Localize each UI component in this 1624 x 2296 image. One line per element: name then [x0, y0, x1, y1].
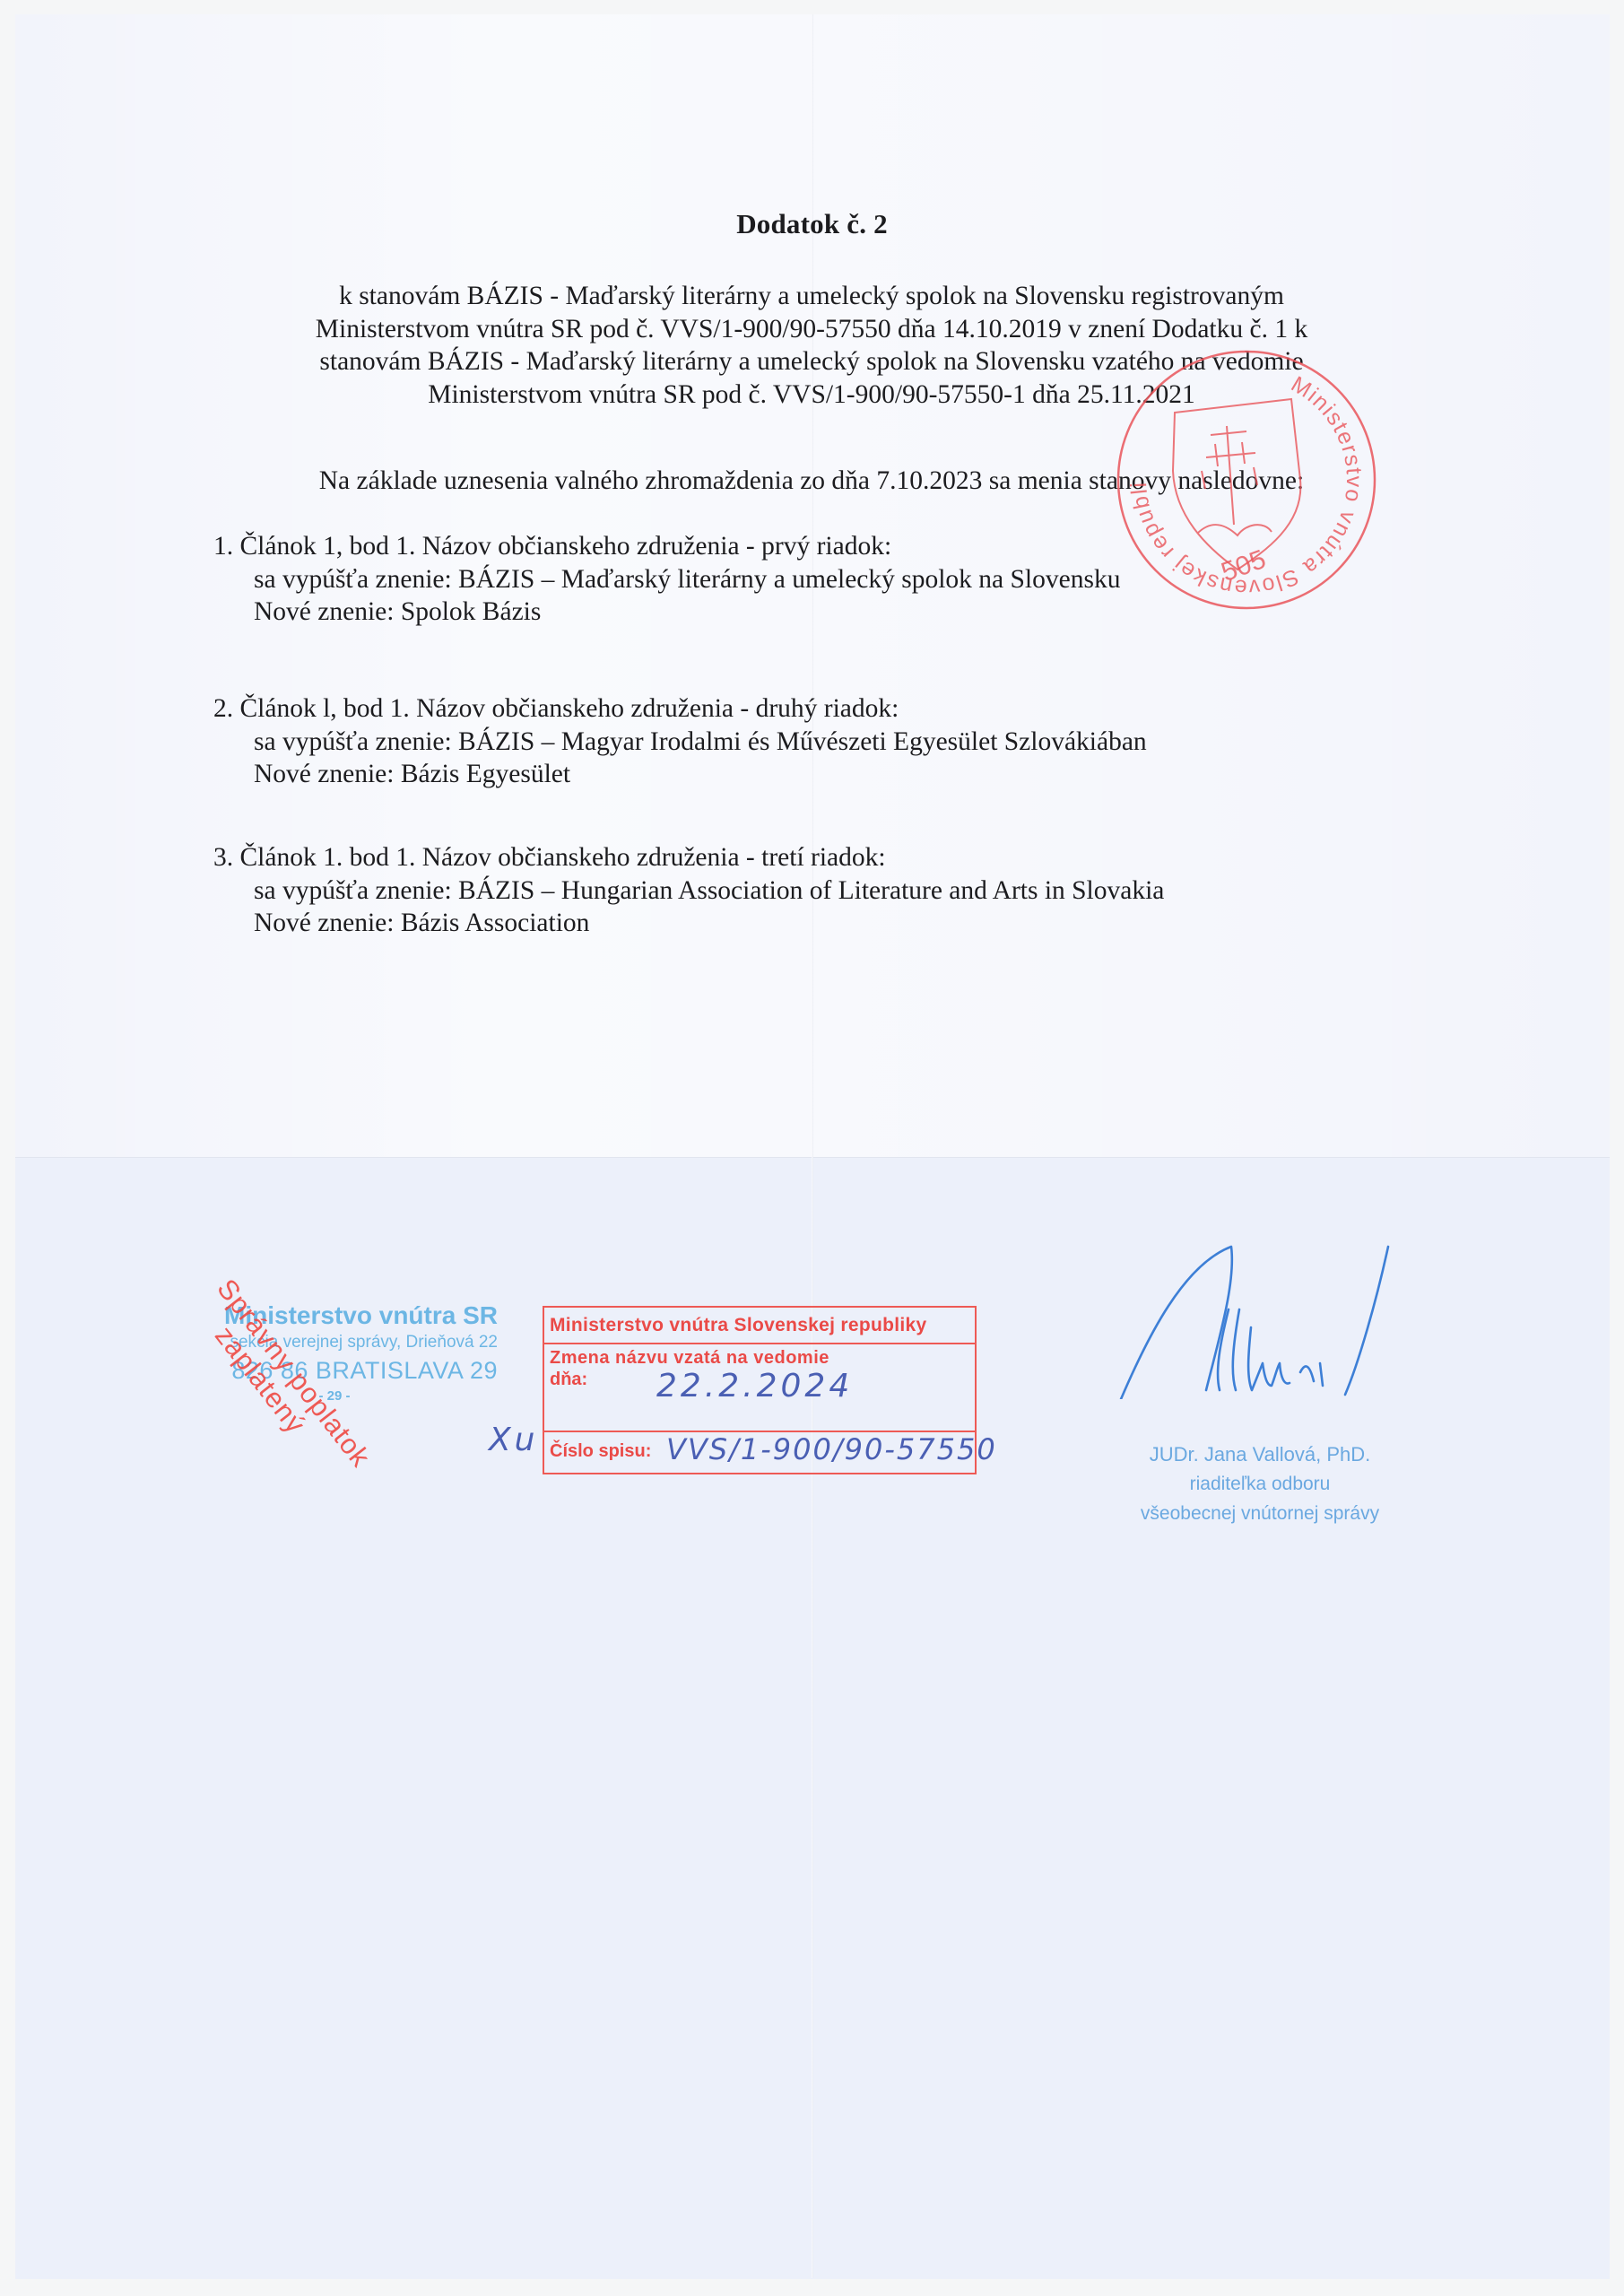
signatory-name: JUDr. Jana Vallová, PhD. [1094, 1439, 1426, 1469]
slovak-coat-of-arms-icon [1173, 399, 1300, 570]
item-new-text: Nové znenie: Spolok Bázis [213, 596, 1120, 629]
intro-line: Ministerstvom vnútra SR pod č. VVS/1-900… [161, 313, 1462, 346]
item-new-text: Nové znenie: Bázis Egyesület [213, 758, 1147, 791]
item-heading: 1. Článok 1, bod 1. Názov občianskeho zd… [213, 530, 1120, 563]
seal-graphic: Ministerstvo vnútra Slovenskej republiky… [1112, 345, 1381, 614]
intro-line: k stanovám BÁZIS - Maďarský literárny a … [161, 280, 1462, 313]
item-removed-text: sa vypúšťa znenie: BÁZIS – Magyar Irodal… [213, 726, 1147, 759]
item-new-text: Nové znenie: Bázis Association [213, 907, 1164, 940]
handwritten-initials: Xu [489, 1422, 538, 1458]
label-date: dňa: [550, 1370, 587, 1390]
registration-stamp-header: Ministerstvo vnútra Slovenskej republiky [544, 1308, 975, 1344]
item-heading: 3. Článok 1. bod 1. Názov občianskeho zd… [213, 841, 1164, 874]
signature-scribble-icon [1085, 1229, 1390, 1399]
registration-stamp-file-section: Číslo spisu: VVS/1-900/90-57550 [544, 1432, 975, 1474]
item-removed-text: sa vypúšťa znenie: BÁZIS – Hungarian Ass… [213, 874, 1164, 908]
item-heading: 2. Článok l, bod 1. Názov občianskeho zd… [213, 692, 1147, 726]
registration-stamp-date-section: Zmena názvu vzatá na vedomie dňa: 22.2.2… [544, 1344, 975, 1432]
registration-stamp: Ministerstvo vnútra Slovenskej republiky… [543, 1306, 977, 1474]
signatory-role: riaditeľka odboru [1094, 1469, 1426, 1499]
document-title: Dodatok č. 2 [0, 208, 1624, 240]
amendment-item-1: 1. Článok 1, bod 1. Názov občianskeho zd… [213, 530, 1120, 629]
signature [1085, 1229, 1390, 1399]
handwritten-file-number: VVS/1-900/90-57550 [666, 1432, 997, 1466]
amendment-item-2: 2. Článok l, bod 1. Názov občianskeho zd… [213, 692, 1147, 791]
handwritten-date: 22.2.2024 [656, 1368, 853, 1405]
label-file-number: Číslo spisu: [550, 1441, 651, 1462]
amendment-item-3: 3. Článok 1. bod 1. Názov občianskeho zd… [213, 841, 1164, 940]
stamp-postal-city: 826 86 BRATISLAVA 29 [164, 1354, 505, 1387]
label-name-change: Zmena názvu vzatá na vedomie [550, 1348, 829, 1369]
signatory-department: všeobecnej vnútornej správy [1094, 1499, 1426, 1528]
item-removed-text: sa vypúšťa znenie: BÁZIS – Maďarský lite… [213, 563, 1120, 596]
round-official-seal: Ministerstvo vnútra Slovenskej republiky… [1112, 345, 1381, 614]
signatory-block: JUDr. Jana Vallová, PhD. riaditeľka odbo… [1094, 1439, 1426, 1528]
